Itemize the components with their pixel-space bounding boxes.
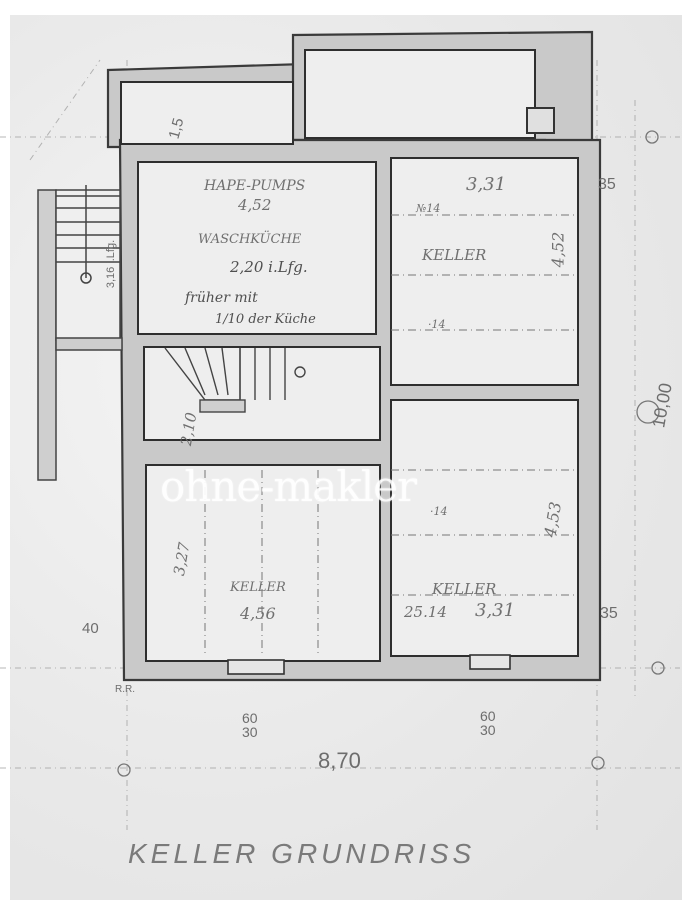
room-sublabel-waschkueche: WASCHKÜCHE xyxy=(198,232,301,247)
annotation-14-bottom-right: ·14 xyxy=(430,505,448,518)
room-note-2: früher mit xyxy=(185,290,258,306)
room-prefix-bottom-right: 25.14 xyxy=(404,603,447,621)
corner-mark-rr: R.R. xyxy=(115,684,135,695)
room-note-1: 2,20 i.Lfg. xyxy=(230,258,308,276)
window-dim-30-right: 30 xyxy=(480,722,496,738)
stair-note: 3,16 i.Lfg. xyxy=(105,240,117,288)
room-width-keller-bottom-left: 4,56 xyxy=(240,604,276,623)
room-note-3: 1/10 der Küche xyxy=(215,312,316,327)
room-width-keller-bottom-right: 3,31 xyxy=(475,600,515,621)
room-width-keller-top-right: 3,31 xyxy=(466,174,506,195)
room-label-keller-bottom-right: KELLER xyxy=(432,580,496,598)
dim-right-35-top: 35 xyxy=(598,176,616,194)
overall-width: 8,70 xyxy=(318,748,361,774)
drawing-title: KELLER GRUNDRISS xyxy=(128,838,475,870)
room-width-hape-pumps: 4,52 xyxy=(238,196,271,214)
dim-left-wall-40: 40 xyxy=(82,620,99,637)
annotation-14: ·14 xyxy=(428,318,446,331)
room-depth-keller-top-right: 4,52 xyxy=(548,232,567,268)
dim-right-35-bottom: 35 xyxy=(600,605,618,623)
room-label-keller-bottom-left: KELLER xyxy=(230,580,286,595)
room-label-hape-pumps: HAPE-PUMPS xyxy=(204,178,305,194)
watermark-ohne-makler: ohne-makler xyxy=(160,462,416,511)
window-dim-30-left: 30 xyxy=(242,724,258,740)
annotation-no14: №14 xyxy=(416,202,440,215)
room-label-keller-top-right: KELLER xyxy=(422,246,486,264)
